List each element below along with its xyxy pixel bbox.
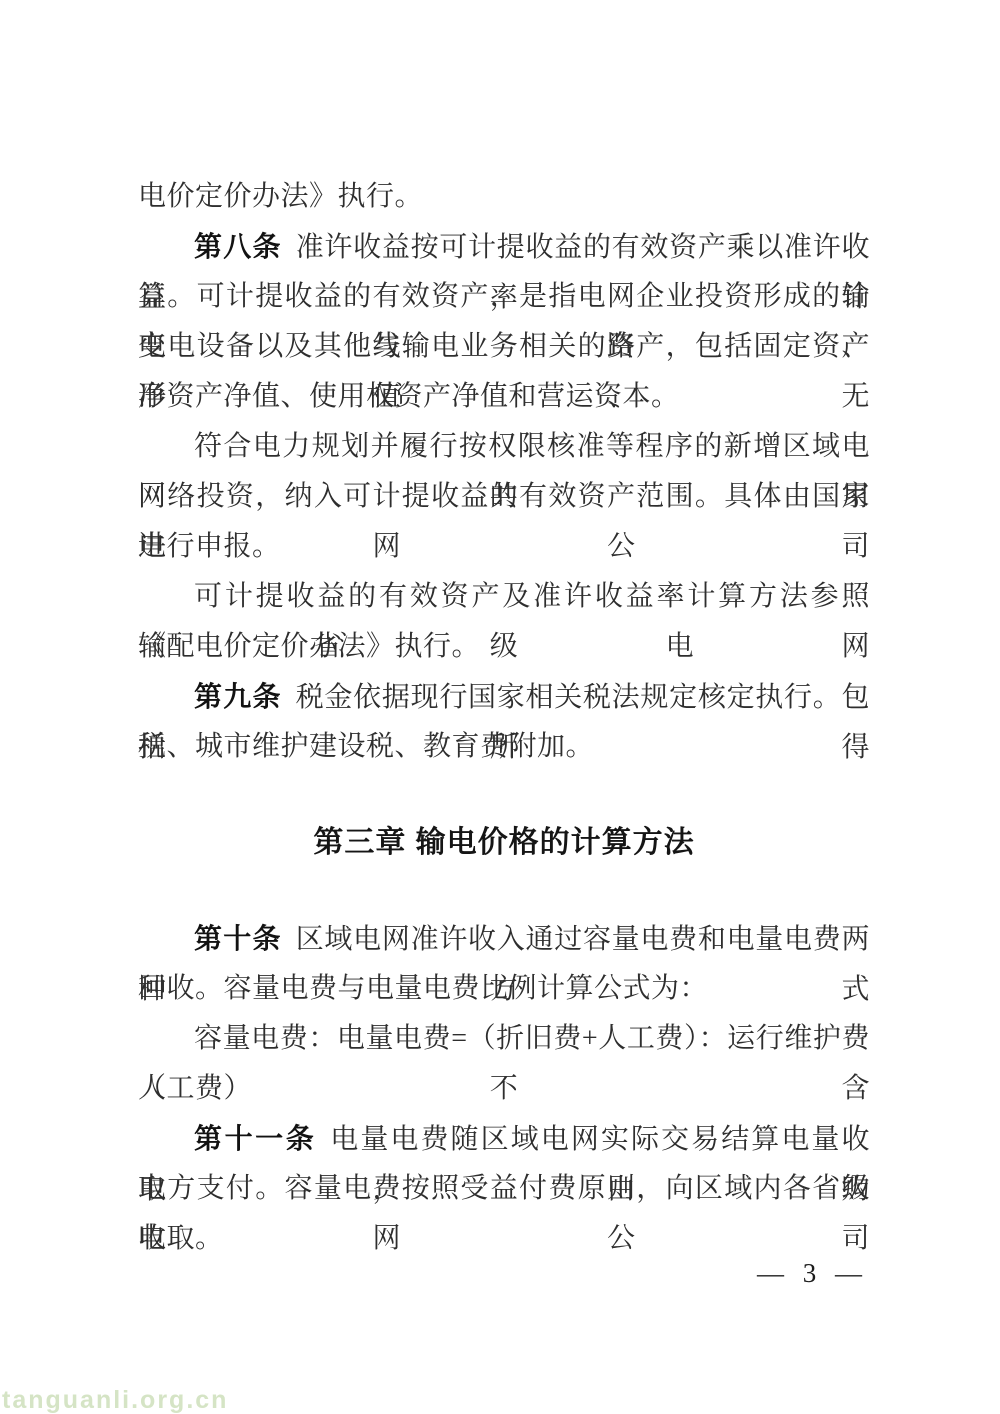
article-number: 第十条 — [194, 923, 282, 954]
text-line: 第十条区域电网准许收入通过容量电费和电量电费两种方式 — [138, 914, 870, 964]
article-number: 第九条 — [194, 681, 282, 712]
text-line: 符合电力规划并履行按权限核准等程序的新增区域电网共用 — [138, 422, 870, 472]
page-number: — 3 — — [757, 1255, 868, 1291]
article-number: 第十一条 — [194, 1123, 316, 1154]
document-page: 电价定价办法》执行。第八条准许收益按可计提收益的有效资产乘以准许收益率计算。可计… — [0, 0, 1000, 1414]
text-line: 网络投资，纳入可计提收益的有效资产范围。具体由国家电网公司 — [138, 472, 870, 522]
paragraph-spacer — [138, 868, 870, 914]
paragraph-spacer — [138, 772, 870, 818]
text-line: 电方支付。容量电费按照受益付费原则，向区域内各省级电网公司 — [138, 1164, 870, 1214]
text-line: 算。可计提收益的有效资产，是指电网企业投资形成的输电线路、 — [138, 272, 870, 322]
chapter-heading: 第三章 输电价格的计算方法 — [138, 818, 870, 868]
watermark: tanguanli.org.cn — [2, 1386, 228, 1414]
text-line: 可计提收益的有效资产及准许收益率计算方法参照《省级电网 — [138, 572, 870, 622]
text-line: 电价定价办法》执行。 — [138, 172, 870, 222]
text-line: 容量电费：电量电费=（折旧费+人工费）：运行维护费（不含 — [138, 1014, 870, 1064]
text-line: 变电设备以及其他与输电业务相关的资产，包括固定资产净值、无 — [138, 322, 870, 372]
text-line: 第八条准许收益按可计提收益的有效资产乘以准许收益率计 — [138, 222, 870, 272]
article-number: 第八条 — [194, 231, 282, 262]
text-line: 第九条税金依据现行国家相关税法规定核定执行。包括所得 — [138, 672, 870, 722]
text-line: 第十一条电量电费随区域电网实际交易结算电量收取，由购 — [138, 1114, 870, 1164]
document-lines: 电价定价办法》执行。第八条准许收益按可计提收益的有效资产乘以准许收益率计算。可计… — [138, 172, 870, 1264]
